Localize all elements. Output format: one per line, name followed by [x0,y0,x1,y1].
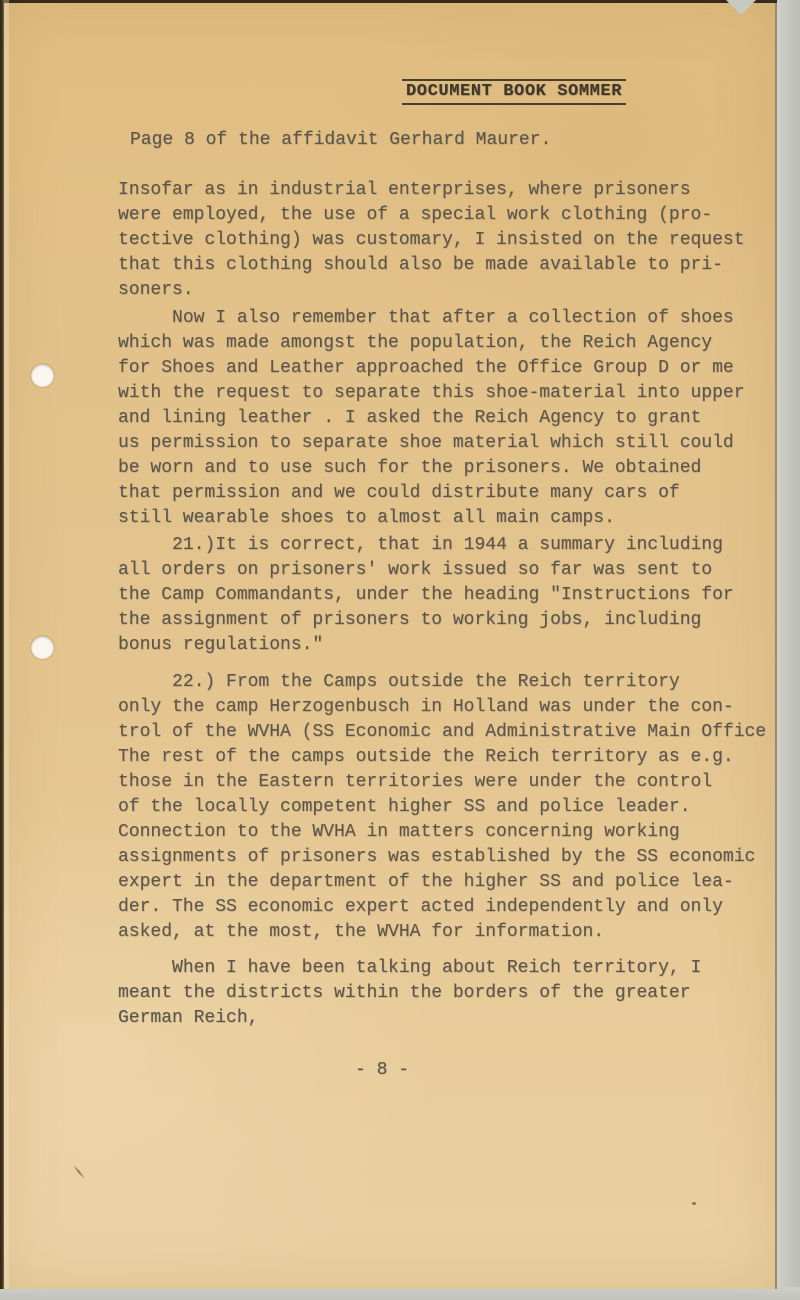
ink-speck [692,1202,696,1205]
paper-top-edge [0,0,777,3]
punch-hole-bottom [31,636,54,659]
paragraph-item-22: 22.) From the Camps outside the Reich te… [118,670,783,945]
paper-left-edge-highlight [4,0,9,1289]
document-book-stamp: DOCUMENT BOOK SOMMER [402,79,626,105]
scanned-document-photo: { "page": { "colors": { "paper": "#e4c59… [0,0,800,1300]
typed-text-block: Page 8 of the affidavit Gerhard Maurer. … [118,128,783,1083]
page-number: - 8 - [118,1058,783,1083]
paragraph-item-21: 21.)It is correct, that in 1944 a summar… [118,533,783,658]
punch-hole-top [31,364,54,387]
paragraph-reich-territory: When I have been talking about Reich ter… [118,956,783,1031]
paragraph-clothing: Insofar as in industrial enterprises, wh… [118,178,783,303]
paper-sheet: DOCUMENT BOOK SOMMER Page 8 of the affid… [0,0,777,1289]
torn-corner-notch [726,0,756,15]
pen-mark [73,1165,85,1179]
page-title: Page 8 of the affidavit Gerhard Maurer. [118,128,783,153]
paragraph-shoes: Now I also remember that after a collect… [118,306,783,531]
